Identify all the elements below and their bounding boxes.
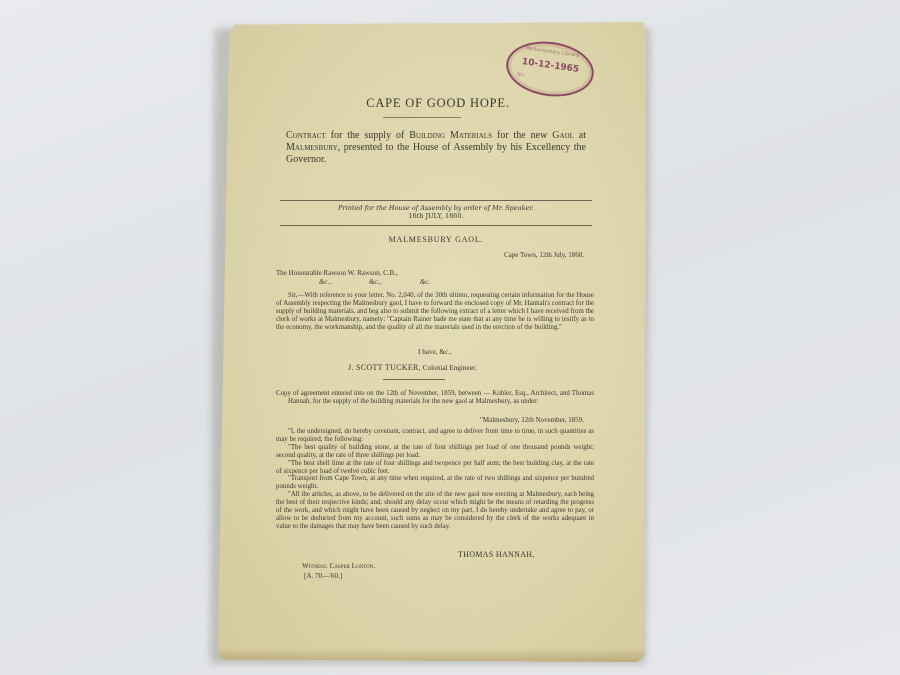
signature-name: J. SCOTT TUCKER, <box>348 363 421 372</box>
letter-paragraph: Sir,—With reference to your letter, No. … <box>276 292 594 332</box>
agreement-intro-text: Copy of agreement entered into on the 12… <box>276 390 594 406</box>
letter-closing: I have, &c., <box>418 348 452 356</box>
section-heading: MALMESBURY GAOL. <box>280 235 592 244</box>
printed-date: 16th JULY, 1860. <box>280 212 592 220</box>
addressee: The Honourable Rawson W. Rawson, C.B., &… <box>276 269 450 287</box>
agreement-paragraph: "All the articles, as above, to be deliv… <box>276 491 594 531</box>
rule-bottom <box>280 225 592 226</box>
letter-body: Sir,—With reference to your letter, No. … <box>276 292 594 332</box>
agreement-place-date: "Malmesbury, 12th November, 1859. <box>480 416 584 424</box>
section-divider <box>383 379 445 380</box>
contractor-signature: THOMAS HANNAH, <box>458 550 535 559</box>
agreement-intro: Copy of agreement entered into on the 12… <box>276 390 594 406</box>
letter-place-date: Cape Town, 12th July, 1860. <box>504 251 584 259</box>
subtitle-run: Building Materials <box>409 130 492 141</box>
document-title: CAPE OF GOOD HOPE. <box>288 96 588 111</box>
title-rule <box>383 117 461 118</box>
library-stamp: Parliamentary Library 10-12-1965 No. <box>503 36 598 102</box>
subtitle-run: Malmesbury <box>286 142 338 153</box>
addressee-name: The Honourable Rawson W. Rawson, C.B., <box>276 269 450 278</box>
rule-top <box>280 200 592 201</box>
addressee-etc: &c.,&c.,&c. <box>276 278 450 287</box>
subtitle-run: for the supply of <box>326 130 410 141</box>
subtitle-run: Contract <box>286 130 326 141</box>
witness-line: Witness: Casper Loxton. <box>302 562 375 570</box>
printed-note: Printed for the House of Assembly by ord… <box>280 204 592 220</box>
agreement-paragraph: "The best shell lime at the rate of four… <box>276 460 594 476</box>
signature-title: Colonial Engineer. <box>423 364 477 372</box>
agreement-paragraph: "I, the undersigned, do hereby covenant,… <box>276 428 594 444</box>
subtitle-run: for the new <box>492 130 552 141</box>
document-sheet: Parliamentary Library 10-12-1965 No. CAP… <box>218 22 646 662</box>
subtitle-run: at <box>574 130 586 141</box>
agreement-paragraph: "Transport from Cape Town, at any time w… <box>276 475 594 491</box>
document-reference: [A. 70—'60.] <box>304 572 342 580</box>
letter-signature: J. SCOTT TUCKER, Colonial Engineer. <box>348 363 477 372</box>
printed-line: Printed for the House of Assembly by ord… <box>280 204 592 212</box>
agreement-body: "I, the undersigned, do hereby covenant,… <box>276 428 594 531</box>
document-subtitle: Contract for the supply of Building Mate… <box>286 130 586 166</box>
stamp-sub: No. <box>517 71 526 78</box>
subtitle-run: Gaol <box>552 130 574 141</box>
agreement-paragraph: "The best quality of building stone, at … <box>276 444 594 460</box>
